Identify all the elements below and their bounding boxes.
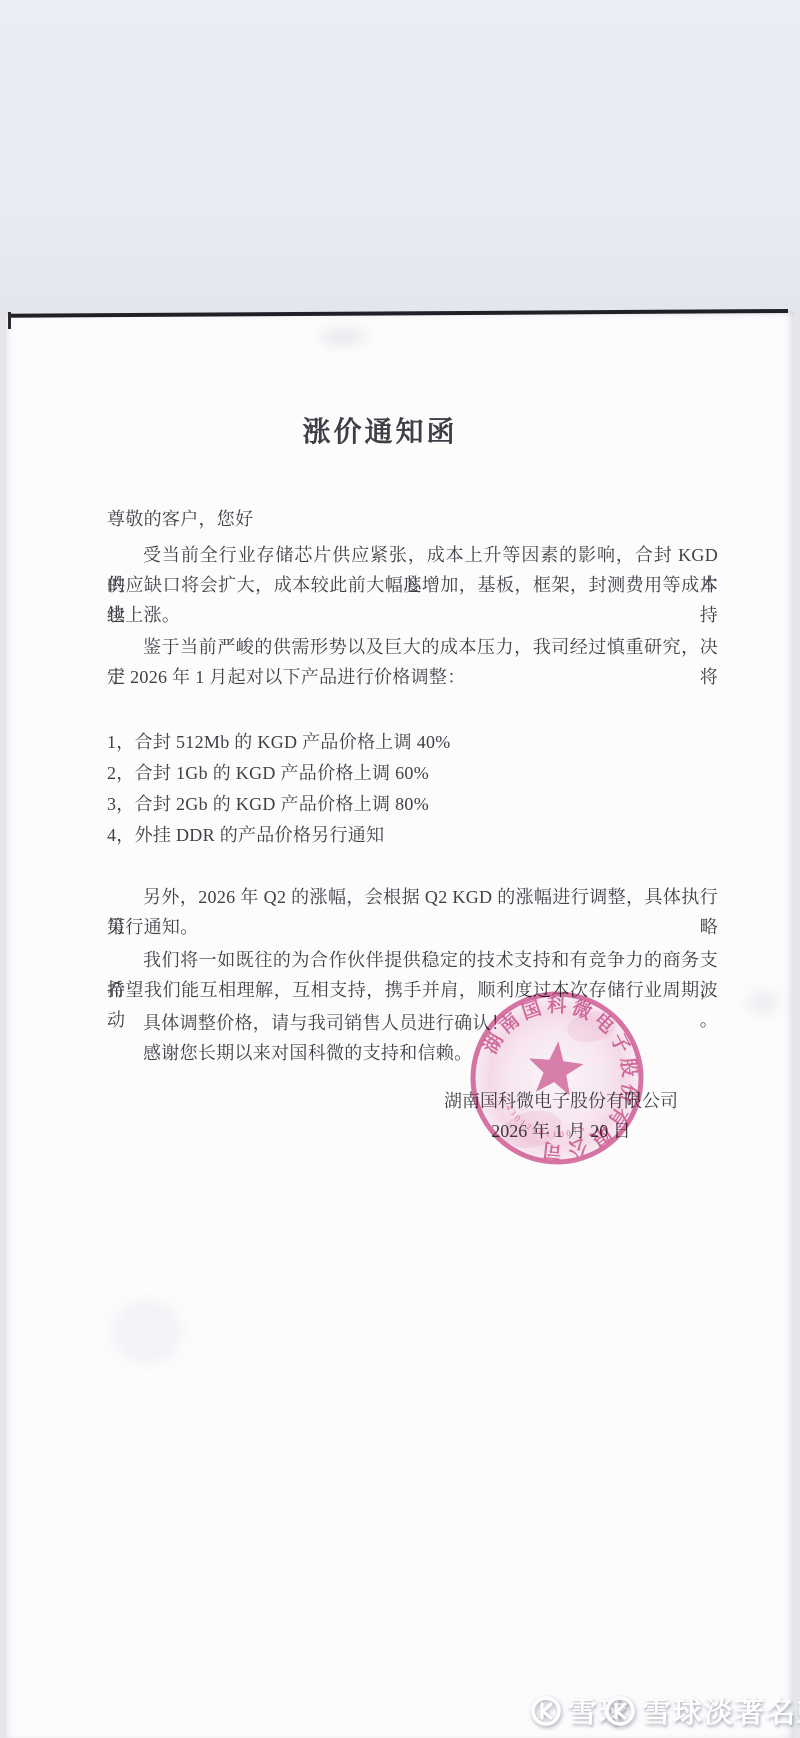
- list-item: 4，外挂 DDR 的产品价格另行通知: [107, 820, 718, 851]
- salutation: 尊敬的客户，您好: [107, 504, 718, 534]
- page-corner-mark: [8, 312, 11, 329]
- watermark-copy: 雪球淡著名刺客: [604, 1690, 800, 1731]
- company-seal-stamp: 湖南国科微电子股份有限公司 4301210110075: [432, 953, 681, 1202]
- xueqiu-logo-icon: [604, 1695, 636, 1727]
- seal-graphic: 湖南国科微电子股份有限公司 4301210110075: [432, 953, 681, 1202]
- list-item: 1，合封 512Mb 的 KGD 产品价格上调 40%: [107, 727, 718, 758]
- xueqiu-logo-icon: [530, 1695, 562, 1727]
- paragraph-line: 另外，2026 年 Q2 的涨幅，会根据 Q2 KGD 的涨幅进行调整，具体执行…: [107, 882, 718, 912]
- page-title: 涨价通知函: [20, 410, 740, 450]
- list-item: 3，合封 2Gb 的 KGD 产品价格上调 80%: [107, 789, 718, 820]
- watermark-text: 雪球淡著名刺客: [642, 1690, 800, 1731]
- paragraph-line: 受当前全行业存储芯片供应紧张，成本上升等因素的影响，合封 KGD 的芯片: [107, 540, 718, 570]
- paragraph-line: 鉴于当前严峻的供需形势以及巨大的成本压力，我司经过慎重研究，决定将: [107, 632, 718, 662]
- price-adjustment-list: 1，合封 512Mb 的 KGD 产品价格上调 40% 2，合封 1Gb 的 K…: [107, 727, 718, 851]
- paragraph-line: 供应缺口将会扩大，成本较此前大幅度增加，基板，框架，封测费用等成本也持: [107, 570, 718, 600]
- scan-background-top: [0, 0, 800, 311]
- scanned-notice-photo: 涨价通知函 尊敬的客户，您好 受当前全行业存储芯片供应紧张，成本上升等因素的影响…: [0, 0, 800, 1738]
- list-item: 2，合封 1Gb 的 KGD 产品价格上调 60%: [107, 758, 718, 789]
